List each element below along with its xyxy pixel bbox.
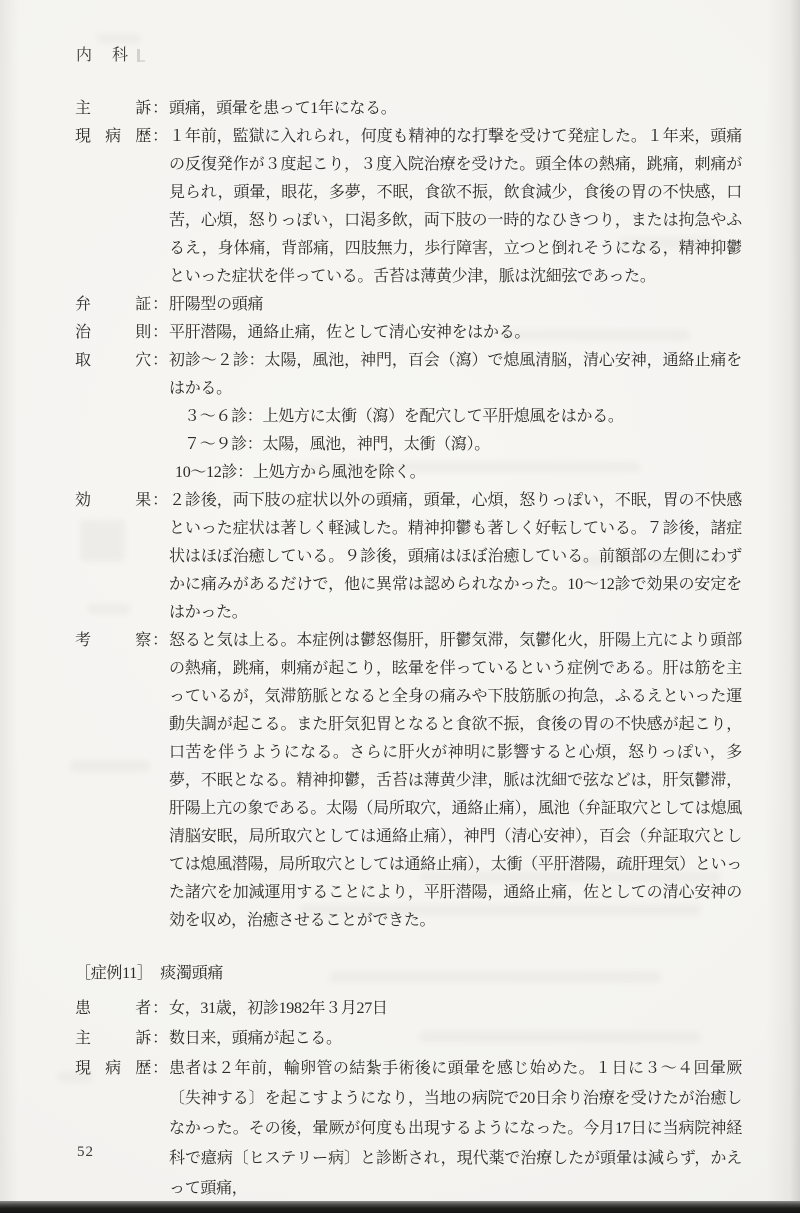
entry-content: １年前，監獄に入れられ，何度も精神的な打撃を受けて発症した。１年来，頭痛の反復発… xyxy=(169,123,742,291)
entry-label: 取穴 xyxy=(75,347,151,375)
entry-label: 治則 xyxy=(75,319,151,347)
right-scan-edge xyxy=(766,0,800,1213)
entry-colon: ： xyxy=(151,487,169,515)
label-char: 則 xyxy=(135,319,151,347)
entry-kosatsu: 考察 ： 怒ると気は上る。本症例は鬱怒傷肝，肝鬱気滞，気鬱化火，肝陽上亢により頭… xyxy=(75,627,742,935)
entry-label: 現病歴 xyxy=(75,1054,151,1084)
entry-label: 患者 xyxy=(75,994,151,1024)
acupoint-sub-line: ３〜６診：上処方に太衝（瀉）を配穴して平肝熄風をはかる。 xyxy=(169,403,742,431)
entry-content: 肝陽型の頭痛 xyxy=(169,291,742,319)
entry-genbyoreki-b: 現病歴 ： 患者は２年前，輸卵管の結紮手術後に頭暈を感じ始めた。１日に３〜４回暈… xyxy=(75,1054,742,1204)
entry-content: ２診後，両下肢の症状以外の頭痛，頭暈，心煩，怒りっぽい，不眠，胃の不快感といった… xyxy=(169,487,742,627)
case-heading: ［症例11］ 痰濁頭痛 xyxy=(75,959,742,989)
entry-colon: ： xyxy=(151,95,169,123)
label-char: 治 xyxy=(75,319,91,347)
label-char: 取 xyxy=(75,347,91,375)
entry-content: 初診〜２診：太陽，風池，神門，百会（瀉）で熄風清脳，清心安神，通絡止痛をはかる。… xyxy=(169,347,742,487)
page-mark xyxy=(137,49,140,62)
entry-shuso-b: 主訴 ： 数日来，頭痛が起こる。 xyxy=(75,1024,742,1054)
entry-content: 平肝潜陽，通絡止痛，佐として清心安神をはかる。 xyxy=(169,319,742,347)
entry-colon: ： xyxy=(151,994,169,1024)
bottom-scan-edge xyxy=(0,1201,800,1213)
running-head: 内 科 xyxy=(76,42,130,65)
page-body: 主訴 ： 頭痛，頭暈を患って1年になる。 現病歴 ： １年前，監獄に入れられ，何… xyxy=(75,95,742,1204)
label-char: 病 xyxy=(105,1054,121,1084)
entry-genbyoreki: 現病歴 ： １年前，監獄に入れられ，何度も精神的な打撃を受けて発症した。１年来，… xyxy=(75,123,742,291)
label-char: 訴 xyxy=(135,95,151,123)
label-char: 病 xyxy=(105,123,121,151)
label-char: 弁 xyxy=(75,291,91,319)
entry-chisoku: 治則 ： 平肝潜陽，通絡止痛，佐として清心安神をはかる。 xyxy=(75,319,742,347)
entry-content: 女，31歳，初診1982年３月27日 xyxy=(169,994,742,1024)
entry-koka: 効果 ： ２診後，両下肢の症状以外の頭痛，頭暈，心煩，怒りっぽい，不眠，胃の不快… xyxy=(75,487,742,627)
entry-colon: ： xyxy=(151,1024,169,1054)
entry-label: 現病歴 xyxy=(75,123,151,151)
label-char: 穴 xyxy=(135,347,151,375)
label-char: 効 xyxy=(75,487,91,515)
label-char: 訴 xyxy=(135,1024,151,1054)
entry-content: 怒ると気は上る。本症例は鬱怒傷肝，肝鬱気滞，気鬱化火，肝陽上亢により頭部の熱痛，… xyxy=(169,627,742,935)
label-char: 証 xyxy=(135,291,151,319)
left-scan-edge xyxy=(0,0,18,1213)
acupoint-sub-line: ７〜９診：太陽，風池，神門，太衝（瀉）。 xyxy=(169,431,742,459)
entry-label: 考察 xyxy=(75,627,151,655)
entry-kanja: 患者 ： 女，31歳，初診1982年３月27日 xyxy=(75,994,742,1024)
entry-label: 効果 xyxy=(75,487,151,515)
label-char: 患 xyxy=(75,994,91,1024)
entry-colon: ： xyxy=(151,1054,169,1084)
label-char: 果 xyxy=(135,487,151,515)
acupoint-sub-line: 10〜12診：上処方から風池を除く。 xyxy=(169,459,742,487)
entry-shuso: 主訴 ： 頭痛，頭暈を患って1年になる。 xyxy=(75,95,742,123)
label-char: 察 xyxy=(135,627,151,655)
entry-colon: ： xyxy=(151,347,169,375)
entry-label: 弁証 xyxy=(75,291,151,319)
acupoint-main-line: 初診〜２診：太陽，風池，神門，百会（瀉）で熄風清脳，清心安神，通絡止痛をはかる。 xyxy=(169,352,742,397)
entry-label: 主訴 xyxy=(75,1024,151,1054)
label-char: 歴 xyxy=(135,123,151,151)
entry-content: 患者は２年前，輸卵管の結紮手術後に頭暈を感じ始めた。１日に３〜４回暈厥〔失神する… xyxy=(169,1054,742,1204)
label-char: 現 xyxy=(75,123,91,151)
page-number: 52 xyxy=(77,1144,94,1161)
label-char: 主 xyxy=(75,95,91,123)
label-char: 主 xyxy=(75,1024,91,1054)
entry-content: 数日来，頭痛が起こる。 xyxy=(169,1024,742,1054)
scanned-book-page: 内 科 主訴 ： 頭痛，頭暈を患って1年になる。 現病歴 ： １年前，監獄に入れ… xyxy=(0,0,800,1213)
entry-colon: ： xyxy=(151,291,169,319)
label-char: 者 xyxy=(135,994,151,1024)
label-char: 考 xyxy=(75,627,91,655)
label-char: 歴 xyxy=(135,1054,151,1084)
entry-content: 頭痛，頭暈を患って1年になる。 xyxy=(169,95,742,123)
entry-colon: ： xyxy=(151,123,169,151)
entry-shuketsu: 取穴 ： 初診〜２診：太陽，風池，神門，百会（瀉）で熄風清脳，清心安神，通絡止痛… xyxy=(75,347,742,487)
entry-colon: ： xyxy=(151,319,169,347)
entry-label: 主訴 xyxy=(75,95,151,123)
entry-colon: ： xyxy=(151,627,169,655)
label-char: 現 xyxy=(75,1054,91,1084)
entry-bensho: 弁証 ： 肝陽型の頭痛 xyxy=(75,291,742,319)
